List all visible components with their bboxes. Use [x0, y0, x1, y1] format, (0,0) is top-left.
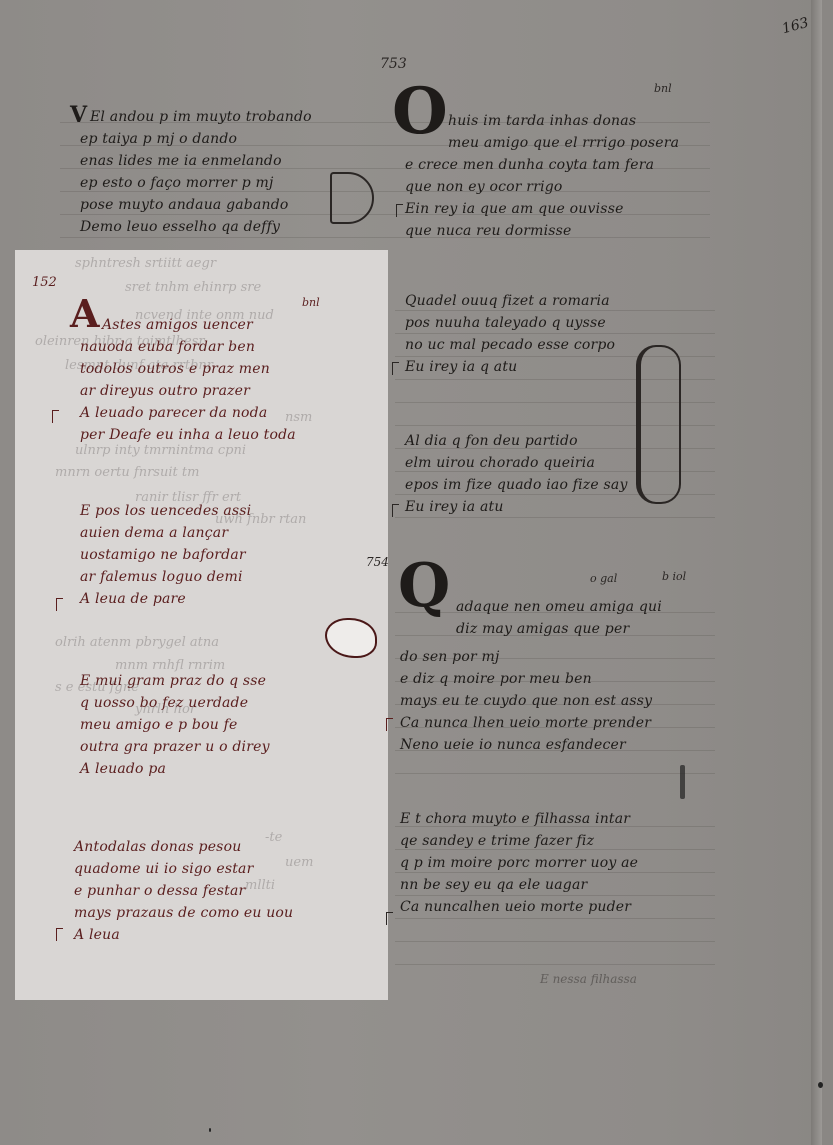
verse-line: ar direyus outro prazer [80, 380, 296, 402]
parchment-hole [325, 618, 377, 658]
refrain-line: A leuado parecer da noda [80, 402, 296, 424]
verse-line: mays eu te cuydo que non est assy [400, 690, 652, 712]
verse-line: meu amigo e p bou fe [80, 714, 270, 736]
verse-line: ep taiya p mj o dando [80, 128, 289, 150]
verse-line: elm uirou chorado queiria [405, 452, 628, 474]
verse-line: uostamigo ne bafordar [80, 544, 251, 566]
verse-line: Al dia q fon deu partido [405, 430, 628, 452]
poem-152-stanza-1-first: Astes amigos uencer [102, 314, 253, 336]
refrain-mark [56, 928, 63, 941]
verse-line: E pos los uencedes assi [80, 500, 251, 522]
marginal-note: bnl [654, 82, 672, 95]
verse-line: q p im moire porc morrer uoy ae [400, 852, 638, 874]
decorative-flourish [330, 172, 374, 224]
verse-line: E t chora muyto e filhassa intar [400, 808, 638, 830]
verse-line: e punhar o dessa festar [74, 880, 293, 902]
refrain-mark [396, 204, 403, 217]
refrain-mark [52, 410, 59, 423]
verse-line: E mui gram praz do q sse [80, 670, 270, 692]
verse-line: huis im tarda inhas donas [448, 110, 679, 132]
verse-line: Antodalas donas pesou [74, 836, 293, 858]
verse-line: pos nuuha taleyado q uysse [405, 312, 615, 334]
refrain-line: Neno ueie io nunca esfandecer [400, 734, 652, 756]
poem-152-stanza-1: nauoda euba fordar ben todolos outros e … [80, 336, 296, 446]
verse-line: pose muyto andaua gabando [80, 194, 289, 216]
poem-753-stanza-3: Al dia q fon deu partido elm uirou chora… [405, 430, 628, 518]
verse-line: e crece men dunha coyta tam fera [405, 154, 654, 176]
verse-line: qe sandey e trime fazer fiz [400, 830, 638, 852]
refrain-mark [392, 504, 399, 517]
poem-number: 152 [32, 275, 57, 290]
verse-line: Ein rey ia que am que ouvisse [405, 198, 654, 220]
marginal-note: b iol [662, 570, 686, 583]
verse-line: Eu irey ia q atu [405, 356, 615, 378]
verse-line: q uosso bo fez uerdade [80, 692, 270, 714]
catchword: E nessa filhassa [540, 972, 637, 986]
ink-mark [680, 765, 685, 799]
verse-line: e diz q moire por meu ben [400, 668, 652, 690]
marginal-note: bnl [302, 296, 320, 309]
refrain-line: A leua de pare [80, 588, 251, 610]
verse-line: que non ey ocor rrigo [405, 176, 654, 198]
verse-line: que nuca reu dormisse [405, 220, 654, 242]
refrain-line: Eu irey ia atu [405, 496, 628, 518]
poem-754-stanza-2: E t chora muyto e filhassa intar qe sand… [400, 808, 638, 918]
verse-line: adaque nen omeu amiga qui [456, 596, 662, 618]
verse-line: meu amigo que el rrrigo posera [448, 132, 679, 154]
verse-line: Demo leuo esselho qa deffy [80, 216, 289, 238]
poem-top-verses-cont: ep taiya p mj o dando enas lides me ia e… [80, 128, 289, 238]
verse-line: Astes amigos uencer [102, 314, 253, 336]
initial-letter: O [392, 80, 448, 144]
verse-line: no uc mal pecado esse corpo [405, 334, 615, 356]
poem-753-stanza-1-head: huis im tarda inhas donas meu amigo que … [448, 110, 679, 154]
refrain-line: A leua [74, 924, 293, 946]
refrain-mark [386, 718, 393, 731]
initial-letter: Q [398, 556, 450, 616]
verse-line: nn be sey eu qa ele uagar [400, 874, 638, 896]
poem-753-stanza-1: e crece men dunha coyta tam fera que non… [405, 154, 654, 242]
poem-152-stanza-3: E mui gram praz do q sse q uosso bo fez … [80, 670, 270, 780]
refrain-mark [392, 362, 399, 375]
verse-line: El andou p im muyto trobando [90, 106, 312, 128]
initial-letter: A [70, 295, 99, 333]
verse-line: nauoda euba fordar ben [80, 336, 296, 358]
manuscript-page: 163 V El andou p im muyto trobando ep ta… [0, 0, 822, 1145]
poem-number: 753 [380, 56, 407, 72]
poem-754-stanza-1: do sen por mj e diz q moire por meu ben … [400, 646, 652, 756]
verse-line: diz may amigas que per [456, 618, 662, 640]
refrain-line: Ca nuncalhen ueio morte puder [400, 896, 638, 918]
initial-letter: V [70, 104, 87, 126]
verse-line: epos im fize quado iao fize say [405, 474, 628, 496]
verse-line: do sen por mj [400, 646, 652, 668]
refrain-mark [56, 598, 63, 611]
poem-152-stanza-2: E pos los uencedes assi auien dema a lan… [80, 500, 251, 610]
verse-line: auien dema a lançar [80, 522, 251, 544]
verse-line: ep esto o faço morrer p mj [80, 172, 289, 194]
verse-line: quadome ui io sigo estar [74, 858, 293, 880]
verse-line: enas lides me ia enmelando [80, 150, 289, 172]
verse-line: mays prazaus de como eu uou [74, 902, 293, 924]
poem-number: 754 [366, 555, 389, 569]
verse-line: outra gra prazer u o direy [80, 736, 270, 758]
marginal-note: o gal [590, 572, 617, 585]
poem-152-stanza-4: Antodalas donas pesou quadome ui io sigo… [74, 836, 293, 946]
verse-line: todolos outros e praz men [80, 358, 296, 380]
page-edge [811, 0, 822, 1145]
refrain-line: per Deafe eu inha a leuo toda [80, 424, 296, 446]
verse-line: Quadel ouuq fizet a romaria [405, 290, 615, 312]
refrain-mark [386, 912, 393, 925]
poem-top-verses: El andou p im muyto trobando [90, 106, 312, 128]
verse-line: ar falemus loguo demi [80, 566, 251, 588]
folio-number: 163 [780, 15, 810, 37]
decorative-initial-flourish [636, 345, 681, 504]
poem-753-stanza-2: Quadel ouuq fizet a romaria pos nuuha ta… [405, 290, 615, 378]
ink-spot [209, 1128, 211, 1132]
ink-spot [818, 1082, 823, 1088]
poem-754-stanza-1-head: adaque nen omeu amiga qui diz may amigas… [456, 596, 662, 640]
refrain-line: A leuado pa [80, 758, 270, 780]
refrain-line: Ca nunca lhen ueio morte prender [400, 712, 652, 734]
